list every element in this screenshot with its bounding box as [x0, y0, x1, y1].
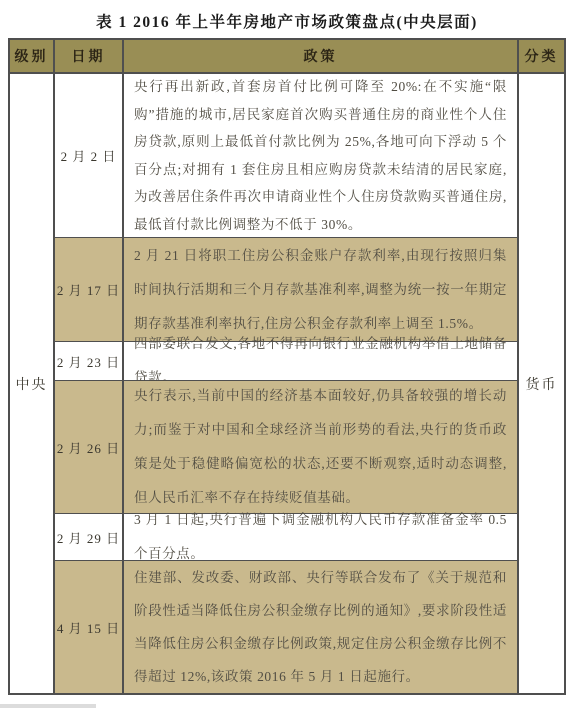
page-title: 表 1 2016 年上半年房地产市场政策盘点(中央层面)	[0, 10, 574, 32]
bottom-shadow-artifact	[0, 704, 96, 708]
header-cell-category: 分类	[519, 40, 564, 74]
header-cell-policy: 政策	[124, 40, 519, 74]
date-cell: 4 月 15 日	[55, 561, 124, 693]
date-cell: 2 月 29 日	[55, 514, 124, 561]
policy-cell: 四部委联合发文,各地不得再向银行业金融机构举借土地储备贷款。	[124, 342, 519, 381]
header-cell-level: 级别	[10, 40, 55, 74]
date-cell: 2 月 26 日	[55, 381, 124, 514]
policy-text: 央行再出新政,首套房首付比例可降至 20%:在不实施“限购”措施的城市,居民家庭…	[134, 73, 507, 238]
policy-cell: 央行再出新政,首套房首付比例可降至 20%:在不实施“限购”措施的城市,居民家庭…	[124, 74, 519, 238]
category-cell: 货币	[519, 74, 564, 693]
policy-text: 央行表示,当前中国的经济基本面较好,仍具备较强的增长动力;而鉴于对中国和全球经济…	[134, 379, 507, 515]
policy-cell: 央行表示,当前中国的经济基本面较好,仍具备较强的增长动力;而鉴于对中国和全球经济…	[124, 381, 519, 514]
policy-text: 2 月 21 日将职工住房公积金账户存款利率,由现行按照归集时间执行活期和三个月…	[134, 239, 507, 341]
level-cell: 中央	[10, 74, 55, 693]
policy-table: 级别 日期 政策 分类 中央 货币 2 月 2 日央行再出新政,首套房首付比例可…	[8, 38, 566, 695]
policy-cell: 3 月 1 日起,央行普遍下调金融机构人民币存款准备金率 0.5 个百分点。	[124, 514, 519, 561]
date-cell: 2 月 23 日	[55, 342, 124, 381]
date-cell: 2 月 2 日	[55, 74, 124, 238]
policy-cell: 住建部、发改委、财政部、央行等联合发布了《关于规范和阶段性适当降低住房公积金缴存…	[124, 561, 519, 693]
policy-text: 住建部、发改委、财政部、央行等联合发布了《关于规范和阶段性适当降低住房公积金缴存…	[134, 561, 507, 693]
date-cell: 2 月 17 日	[55, 238, 124, 342]
header-cell-date: 日期	[55, 40, 124, 74]
